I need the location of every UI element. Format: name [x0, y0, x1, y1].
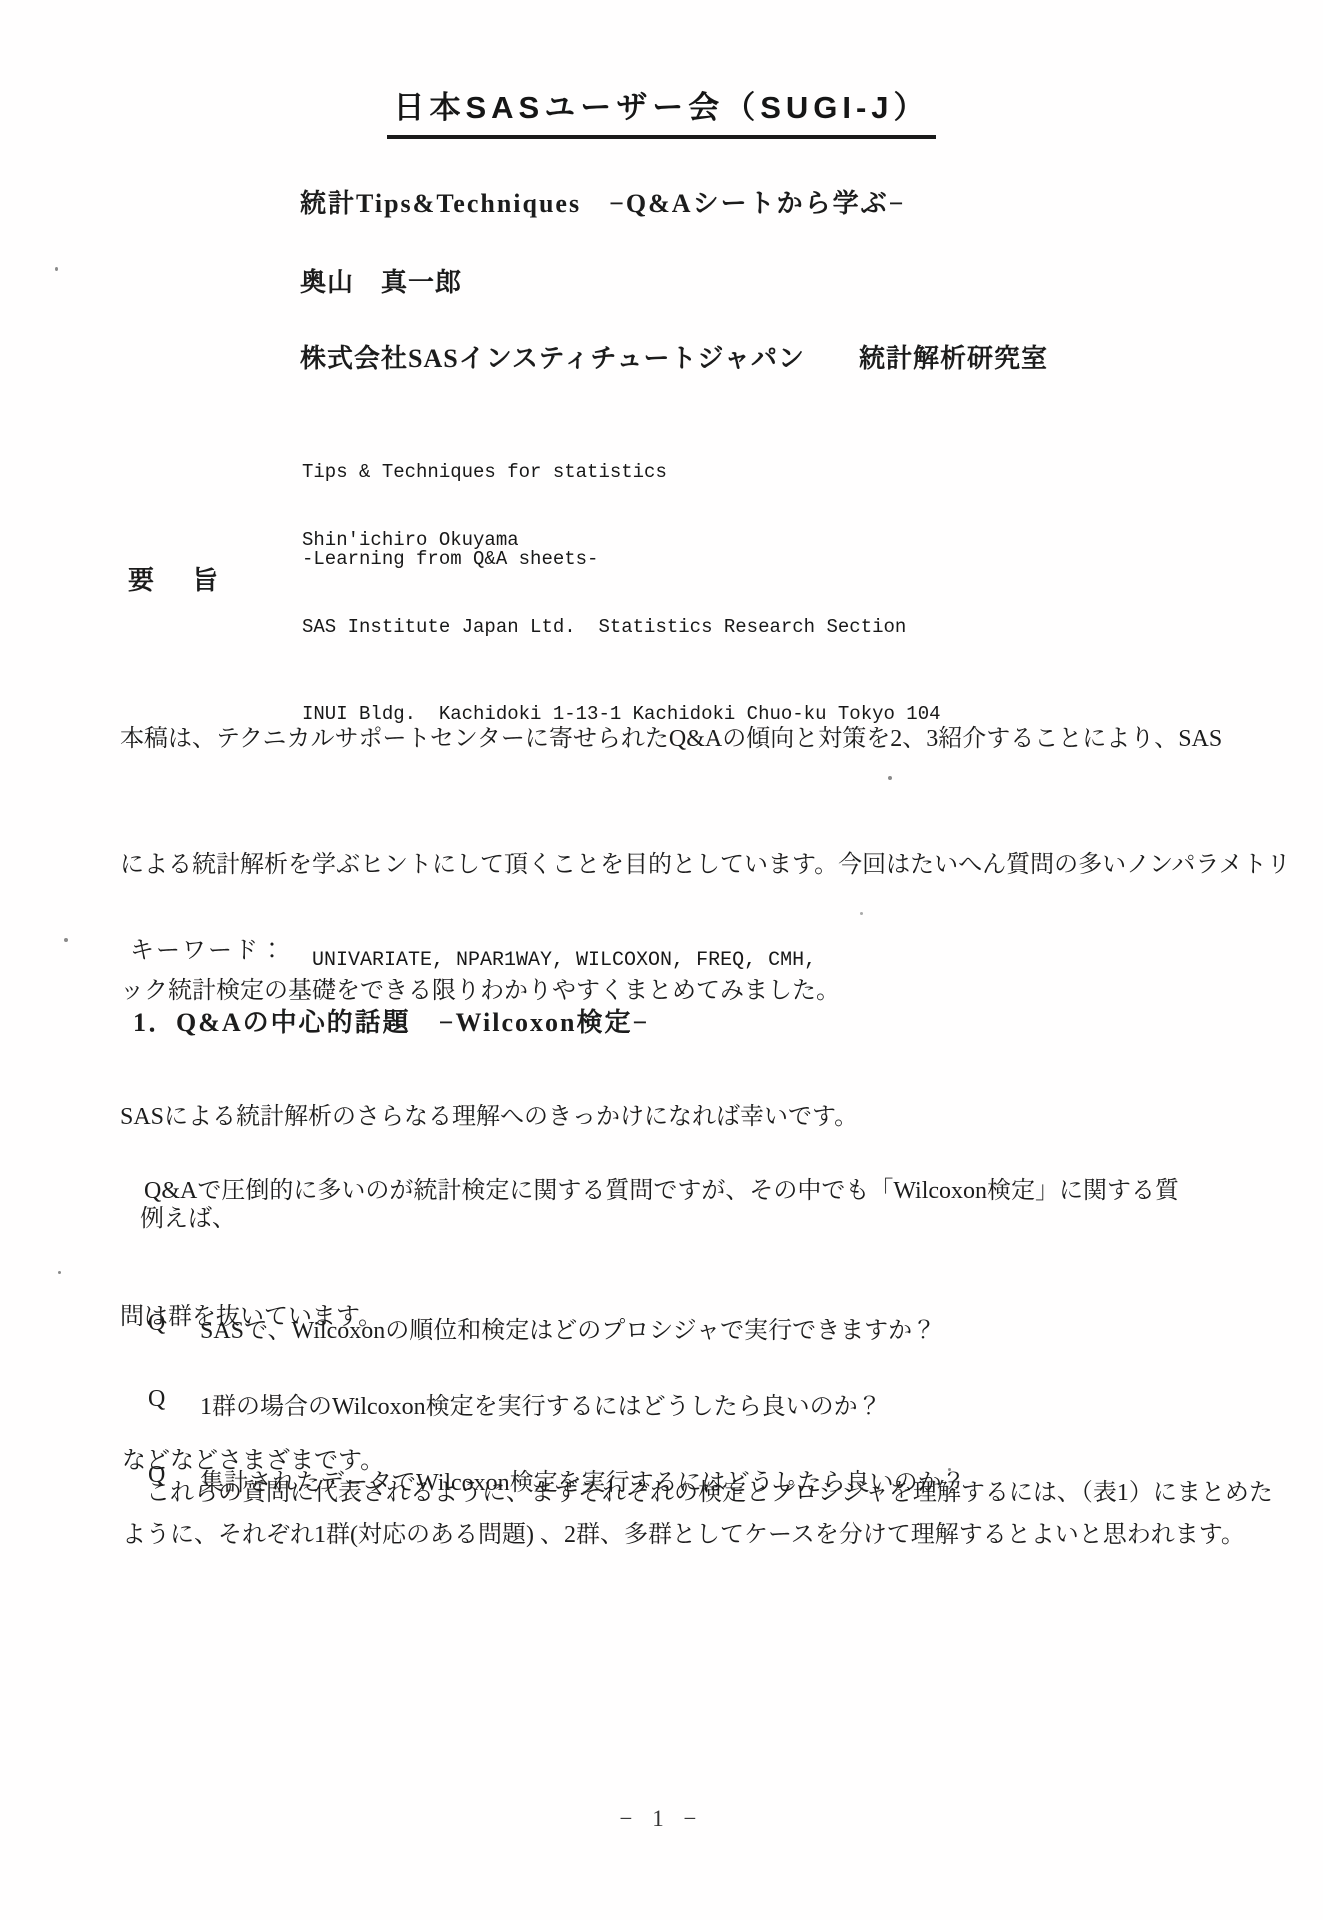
paper-subtitle: 統計Tips&Techniques −Q&Aシートから学ぶ−: [300, 183, 905, 220]
abstract-heading: 要 旨: [128, 560, 224, 597]
scan-speck: [64, 938, 68, 942]
page-number: − 1 −: [0, 1806, 1323, 1832]
author-name: 奥山 真一郎: [300, 262, 462, 299]
question-marker: Q: [148, 1310, 200, 1337]
question-item: Q 1群の場合のWilcoxon検定を実行するにはどうしたら良いのか？: [148, 1386, 966, 1426]
keywords-label: キーワード：: [130, 930, 286, 965]
closing-paragraph-line: ように、それぞれ1群(対応のある問題) 、2群、多群としてケースを分けて理解する…: [122, 1514, 1245, 1549]
example-lead-in: 例えば、: [140, 1198, 236, 1233]
question-text: 1群の場合のWilcoxon検定を実行するにはどうしたら良いのか？: [200, 1386, 882, 1421]
page-title: 日本SASユーザー会（SUGI-J）: [387, 82, 935, 139]
scan-speck: [860, 912, 863, 915]
section-1-heading: 1．Q&Aの中心的話題 −Wilcoxon検定−: [133, 1002, 649, 1039]
closing-paragraph-line: これらの質問に代表されるように、まずそれぞれの検定とプロシジャを理解するには、（…: [122, 1472, 1273, 1507]
scanned-paper-page: 日本SASユーザー会（SUGI-J） 統計Tips&Techniques −Q&…: [0, 0, 1323, 1920]
scan-speck: [58, 1271, 61, 1274]
english-author-line: Shin'ichiro Okuyama: [302, 526, 941, 555]
question-item: Q SASで、Wilcoxonの順位和検定はどのプロシジャで実行できますか？: [148, 1310, 966, 1350]
question-text: SASで、Wilcoxonの順位和検定はどのプロシジャで実行できますか？: [200, 1310, 936, 1345]
abstract-line: 本稿は、テクニカルサポートセンターに寄せられたQ&Aの傾向と対策を2、3紹介する…: [120, 718, 1215, 760]
paragraph-line: Q&Aで圧倒的に多いのが統計検定に関する質問ですが、その中でも「Wilcoxon…: [120, 1170, 1215, 1212]
closing-paragraph-line: などなどさまざまです。: [122, 1440, 384, 1475]
keywords-value: UNIVARIATE, NPAR1WAY, WILCOXON, FREQ, CM…: [312, 946, 816, 975]
title-block: 日本SASユーザー会（SUGI-J）: [0, 82, 1323, 139]
scan-speck: [55, 267, 58, 271]
abstract-line: による統計解析を学ぶヒントにして頂くことを目的としています。今回はたいへん質問の…: [120, 844, 1215, 886]
scan-speck: [888, 776, 892, 780]
author-affiliation: 株式会社SASインスティチュートジャパン 統計解析研究室: [300, 338, 1048, 375]
question-marker: Q: [148, 1386, 200, 1413]
scan-speck: [948, 1468, 951, 1471]
